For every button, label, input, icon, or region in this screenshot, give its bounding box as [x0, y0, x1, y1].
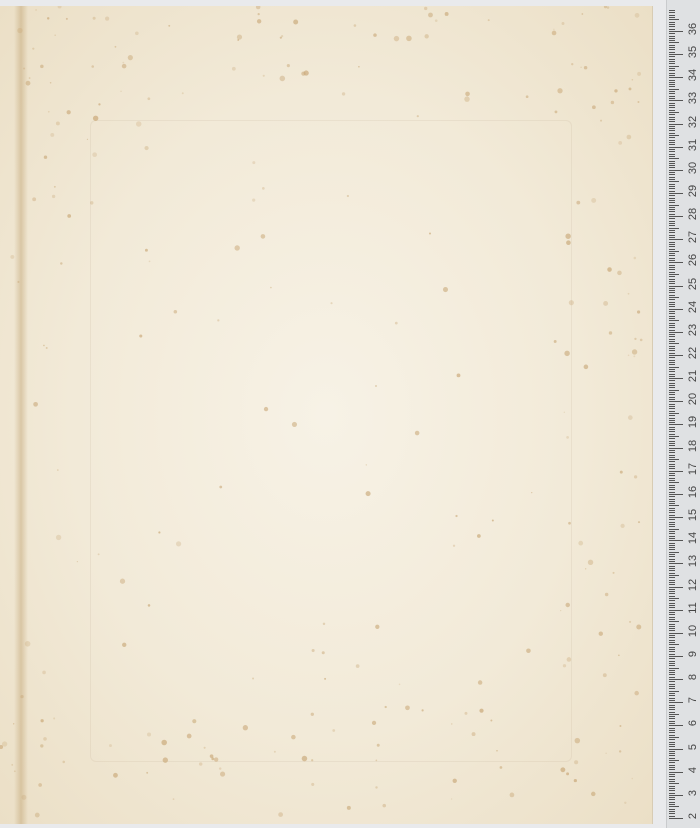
ruler-tick	[669, 610, 683, 611]
ruler-tick	[669, 251, 679, 252]
ruler-tick	[669, 70, 675, 71]
ruler-label: 12	[687, 577, 699, 593]
ruler-tick	[669, 774, 675, 775]
ruler-tick	[669, 589, 675, 590]
ruler-tick	[669, 334, 675, 335]
ruler-tick	[669, 795, 683, 796]
ruler-tick	[669, 436, 679, 437]
ruler-tick	[669, 66, 679, 67]
ruler-tick	[669, 554, 675, 555]
ruler-tick	[669, 593, 675, 594]
ruler-tick	[669, 281, 675, 282]
ruler-tick	[669, 244, 675, 245]
ruler-tick	[669, 519, 675, 520]
ruler-tick	[669, 408, 675, 409]
ruler-tick	[669, 350, 675, 351]
ruler-tick	[669, 336, 675, 337]
ruler-tick	[669, 443, 675, 444]
ruler-tick	[669, 487, 675, 488]
ruler-tick	[669, 211, 675, 212]
ruler-tick	[669, 117, 675, 118]
ruler-tick	[669, 313, 675, 314]
ruler-tick	[669, 630, 675, 631]
ruler-tick	[669, 249, 675, 250]
ruler-tick	[669, 755, 675, 756]
ruler-tick	[669, 242, 675, 243]
ruler-tick	[669, 635, 675, 636]
ruler-label: 14	[687, 530, 699, 546]
ruler-label: 28	[687, 206, 699, 222]
ruler-tick	[669, 647, 675, 648]
ruler-tick	[669, 269, 675, 270]
ruler-tick	[669, 459, 679, 460]
ruler-tick	[669, 399, 675, 400]
ruler-tick	[669, 311, 675, 312]
ruler-tick	[669, 380, 675, 381]
ruler-tick	[669, 742, 675, 743]
ruler-tick	[669, 19, 679, 20]
ruler-tick	[669, 346, 675, 347]
ruler-tick	[669, 543, 675, 544]
ruler-tick	[669, 709, 675, 710]
ruler-tick	[669, 302, 675, 303]
ruler-tick	[669, 418, 675, 419]
ruler-label: 3	[687, 785, 699, 801]
ruler-tick	[669, 200, 675, 201]
ruler-tick	[669, 40, 675, 41]
ruler-tick	[669, 489, 675, 490]
ruler-tick	[669, 781, 675, 782]
ruler-label: 26	[687, 252, 699, 268]
ruler-tick	[669, 765, 675, 766]
ruler-tick	[669, 15, 675, 16]
ruler-tick	[669, 91, 675, 92]
ruler-tick	[669, 401, 683, 402]
ruler-tick	[669, 445, 675, 446]
ruler-label: 24	[687, 299, 699, 315]
ruler-tick	[669, 207, 675, 208]
ruler-tick	[669, 230, 675, 231]
ruler-tick	[669, 587, 683, 588]
ruler-tick	[669, 232, 675, 233]
ruler-tick	[669, 496, 675, 497]
ruler-tick	[669, 42, 679, 43]
ruler-tick	[669, 52, 675, 53]
ruler-tick	[669, 730, 675, 731]
ruler-tick	[669, 612, 675, 613]
ruler-tick	[669, 434, 675, 435]
ruler-tick	[669, 295, 675, 296]
ruler-tick	[669, 485, 675, 486]
ruler-tick	[669, 549, 675, 550]
ruler-tick	[669, 360, 675, 361]
ruler-tick	[669, 640, 675, 641]
ruler-tick	[669, 172, 675, 173]
ruler-label: 36	[687, 21, 699, 37]
ruler-tick	[669, 404, 675, 405]
ruler-tick	[669, 325, 675, 326]
ruler-label: 18	[687, 438, 699, 454]
ruler-tick	[669, 529, 679, 530]
ruler-label: 7	[687, 692, 699, 708]
ruler-tick	[669, 309, 683, 310]
ruler-label: 29	[687, 183, 699, 199]
ruler-tick	[669, 93, 675, 94]
ruler-tick	[669, 468, 675, 469]
ruler-tick	[669, 186, 675, 187]
ruler-tick	[669, 304, 675, 305]
ruler-tick	[669, 538, 675, 539]
ruler-tick	[669, 788, 675, 789]
ruler-tick	[669, 501, 675, 502]
ruler-tick	[669, 114, 675, 115]
ruler-tick	[669, 749, 683, 750]
ruler-tick	[669, 392, 675, 393]
ruler-tick	[669, 107, 675, 108]
ruler-tick	[669, 290, 675, 291]
ruler-tick	[669, 156, 675, 157]
ruler-tick	[669, 566, 675, 567]
ruler-tick	[669, 147, 683, 148]
ruler-tick	[669, 272, 675, 273]
ruler-tick	[669, 677, 675, 678]
ruler-tick	[669, 258, 675, 259]
ruler-tick	[669, 591, 675, 592]
ruler-tick	[669, 455, 675, 456]
ruler-tick	[669, 218, 675, 219]
ruler-tick	[669, 540, 683, 541]
ruler-tick	[669, 429, 675, 430]
ruler-tick	[669, 783, 679, 784]
ruler-tick	[669, 89, 679, 90]
ruler-tick	[669, 628, 675, 629]
ruler-label: 4	[687, 762, 699, 778]
ruler-tick	[669, 84, 675, 85]
ruler-tick	[669, 385, 675, 386]
ruler-label: 13	[687, 553, 699, 569]
ruler-tick	[669, 811, 675, 812]
ruler-tick	[669, 112, 679, 113]
ruler-tick	[669, 605, 675, 606]
ruler-tick	[669, 568, 675, 569]
ruler-tick	[669, 214, 675, 215]
ruler-tick	[669, 362, 675, 363]
ruler-tick	[669, 633, 683, 634]
ruler-tick	[669, 556, 675, 557]
ruler-tick	[669, 376, 675, 377]
ruler-tick	[669, 371, 675, 372]
ruler-tick	[669, 681, 675, 682]
ruler-tick	[669, 73, 675, 74]
ruler-tick	[669, 674, 675, 675]
ruler-tick	[669, 665, 675, 666]
ruler-tick	[669, 239, 683, 240]
ruler-tick	[669, 563, 683, 564]
ruler-tick	[669, 499, 675, 500]
ruler-label: 27	[687, 229, 699, 245]
ruler-tick	[669, 80, 675, 81]
ruler-tick	[669, 466, 675, 467]
ruler-tick	[669, 318, 675, 319]
ruler-tick	[669, 772, 683, 773]
ruler-tick	[669, 580, 675, 581]
ruler-tick	[669, 626, 675, 627]
ruler-tick	[669, 607, 675, 608]
ruler-tick	[669, 26, 675, 27]
ruler-tick	[669, 644, 679, 645]
ruler-tick	[669, 790, 675, 791]
ruler-tick	[669, 137, 675, 138]
ruler-tick	[669, 383, 675, 384]
ruler-tick	[669, 746, 675, 747]
ruler-tick	[669, 642, 675, 643]
ruler-tick	[669, 670, 675, 671]
ruler-tick	[669, 575, 679, 576]
ruler-tick	[669, 292, 675, 293]
ruler-tick	[669, 33, 675, 34]
ruler-tick	[669, 56, 675, 57]
ruler-tick	[669, 533, 675, 534]
ruler-tick	[669, 246, 675, 247]
ruler-tick	[669, 54, 683, 55]
ruler-tick	[669, 559, 675, 560]
ruler-tick	[669, 205, 679, 206]
ruler-label: 10	[687, 623, 699, 639]
ruler-tick	[669, 75, 675, 76]
ruler-tick	[669, 31, 683, 32]
ruler-tick	[669, 596, 675, 597]
ruler-tick	[669, 793, 675, 794]
ruler-tick	[669, 707, 675, 708]
ruler-tick	[669, 255, 675, 256]
ruler-tick	[669, 267, 675, 268]
ruler-tick	[669, 202, 675, 203]
ruler-label: 31	[687, 137, 699, 153]
ruler-tick	[669, 531, 675, 532]
ruler-tick	[669, 355, 683, 356]
ruler-tick	[669, 179, 675, 180]
ruler-tick	[669, 170, 683, 171]
ruler-tick	[669, 804, 675, 805]
ruler-tick	[669, 154, 675, 155]
ruler-tick	[669, 700, 675, 701]
ruler-tick	[669, 621, 679, 622]
ruler-tick	[669, 140, 675, 141]
ruler-tick	[669, 390, 679, 391]
ruler-tick	[669, 767, 675, 768]
ruler-tick	[669, 758, 675, 759]
ruler-tick	[669, 431, 675, 432]
ruler-tick	[669, 297, 679, 298]
ruler-tick	[669, 191, 675, 192]
ruler-tick	[669, 679, 683, 680]
ruler-tick	[669, 475, 675, 476]
ruler-tick	[669, 505, 679, 506]
ruler-tick	[669, 698, 675, 699]
ruler-tick	[669, 279, 675, 280]
ruler-tick	[669, 397, 675, 398]
ruler-tick	[669, 209, 675, 210]
ruler-tick	[669, 802, 675, 803]
ruler-tick	[669, 174, 675, 175]
ruler-tick	[669, 378, 683, 379]
ruler-tick	[669, 728, 675, 729]
ruler-tick	[669, 598, 679, 599]
ruler-tick	[669, 306, 675, 307]
ruler-tick	[669, 348, 675, 349]
ruler-tick	[669, 110, 675, 111]
ruler-tick	[669, 63, 675, 64]
ruler-tick	[669, 753, 675, 754]
ruler-tick	[669, 450, 675, 451]
ruler-tick	[669, 265, 675, 266]
ruler-tick	[669, 223, 675, 224]
ruler-tick	[669, 98, 675, 99]
ruler-tick	[669, 260, 675, 261]
ruler-tick	[669, 124, 683, 125]
ruler-tick	[669, 103, 675, 104]
ruler-tick	[669, 121, 675, 122]
ruler-label: 23	[687, 322, 699, 338]
ruler-tick	[669, 760, 679, 761]
ruler-tick	[669, 323, 675, 324]
ruler-tick	[669, 10, 675, 11]
ruler-tick	[669, 672, 675, 673]
ruler-tick	[669, 286, 683, 287]
ruler-tick	[669, 600, 675, 601]
ruler-tick	[669, 735, 675, 736]
measurement-ruler: 2345678910111213141516171819202122232425…	[666, 0, 700, 828]
ruler-tick	[669, 36, 675, 37]
ruler-tick	[669, 691, 679, 692]
ruler-tick	[669, 480, 675, 481]
ruler-tick	[669, 688, 675, 689]
ruler-tick	[669, 17, 675, 18]
ruler-tick	[669, 415, 675, 416]
ruler-tick	[669, 473, 675, 474]
ruler-tick	[669, 658, 675, 659]
ruler-label: 33	[687, 90, 699, 106]
ruler-tick	[669, 624, 675, 625]
ruler-tick	[669, 339, 675, 340]
ruler-label: 30	[687, 160, 699, 176]
ruler-tick	[669, 177, 675, 178]
ruler-tick	[669, 12, 675, 13]
ruler-tick	[669, 494, 683, 495]
ruler-tick	[669, 818, 683, 819]
ruler-label: 35	[687, 44, 699, 60]
ruler-tick	[669, 603, 675, 604]
ruler-tick	[669, 316, 675, 317]
ruler-tick	[669, 161, 675, 162]
ruler-tick	[669, 420, 675, 421]
ruler-tick	[669, 712, 675, 713]
ruler-tick	[669, 512, 675, 513]
ruler-tick	[669, 61, 675, 62]
ruler-tick	[669, 452, 675, 453]
ruler-tick	[669, 441, 675, 442]
foxing-spots	[0, 6, 652, 824]
ruler-label: 20	[687, 391, 699, 407]
ruler-label: 22	[687, 345, 699, 361]
ruler-tick	[669, 799, 675, 800]
ruler-tick	[669, 332, 683, 333]
ruler-tick	[669, 663, 675, 664]
ruler-tick	[669, 718, 675, 719]
ruler-tick	[669, 413, 679, 414]
ruler-tick	[669, 478, 675, 479]
ruler-tick	[669, 130, 675, 131]
ruler-tick	[669, 508, 675, 509]
ruler-tick	[669, 797, 675, 798]
ruler-tick	[669, 86, 675, 87]
ruler-tick	[669, 167, 675, 168]
ruler-tick	[669, 816, 675, 817]
ruler-tick	[669, 721, 675, 722]
ruler-tick	[669, 427, 675, 428]
ruler-tick	[669, 394, 675, 395]
ruler-tick	[669, 705, 675, 706]
ruler-tick	[669, 517, 683, 518]
ruler-tick	[669, 357, 675, 358]
ruler-label: 11	[687, 600, 699, 616]
ruler-tick	[669, 492, 675, 493]
ruler-tick	[669, 637, 675, 638]
ruler-tick	[669, 547, 675, 548]
ruler-tick	[669, 561, 675, 562]
ruler-tick	[669, 320, 679, 321]
ruler-tick	[669, 515, 675, 516]
ruler-tick	[669, 165, 675, 166]
ruler-tick	[669, 144, 675, 145]
ruler-tick	[669, 536, 675, 537]
ruler-tick	[669, 570, 675, 571]
ruler-tick	[669, 617, 675, 618]
ruler-tick	[669, 510, 675, 511]
ruler-tick	[669, 288, 675, 289]
ruler-tick	[669, 503, 675, 504]
ruler-label: 9	[687, 646, 699, 662]
ruler-tick	[669, 126, 675, 127]
ruler-label: 21	[687, 368, 699, 384]
ruler-tick	[669, 684, 675, 685]
ruler-tick	[669, 779, 675, 780]
ruler-tick	[669, 195, 675, 196]
ruler-tick	[669, 96, 675, 97]
ruler-tick	[669, 216, 683, 217]
ruler-tick	[669, 374, 675, 375]
ruler-tick	[669, 668, 679, 669]
ruler-tick	[669, 276, 675, 277]
ruler-tick	[669, 353, 675, 354]
ruler-tick	[669, 739, 675, 740]
ruler-tick	[669, 651, 675, 652]
ruler-tick	[669, 524, 675, 525]
ruler-tick	[669, 45, 675, 46]
ruler-tick	[669, 582, 675, 583]
ruler-tick	[669, 225, 675, 226]
ruler-tick	[669, 327, 675, 328]
ruler-tick	[669, 762, 675, 763]
ruler-tick	[669, 142, 675, 143]
ruler-tick	[669, 422, 675, 423]
ruler-tick	[669, 649, 675, 650]
ruler-tick	[669, 686, 675, 687]
ruler-tick	[669, 716, 675, 717]
ruler-tick	[669, 732, 675, 733]
ruler-tick	[669, 695, 675, 696]
ruler-tick	[669, 24, 675, 25]
